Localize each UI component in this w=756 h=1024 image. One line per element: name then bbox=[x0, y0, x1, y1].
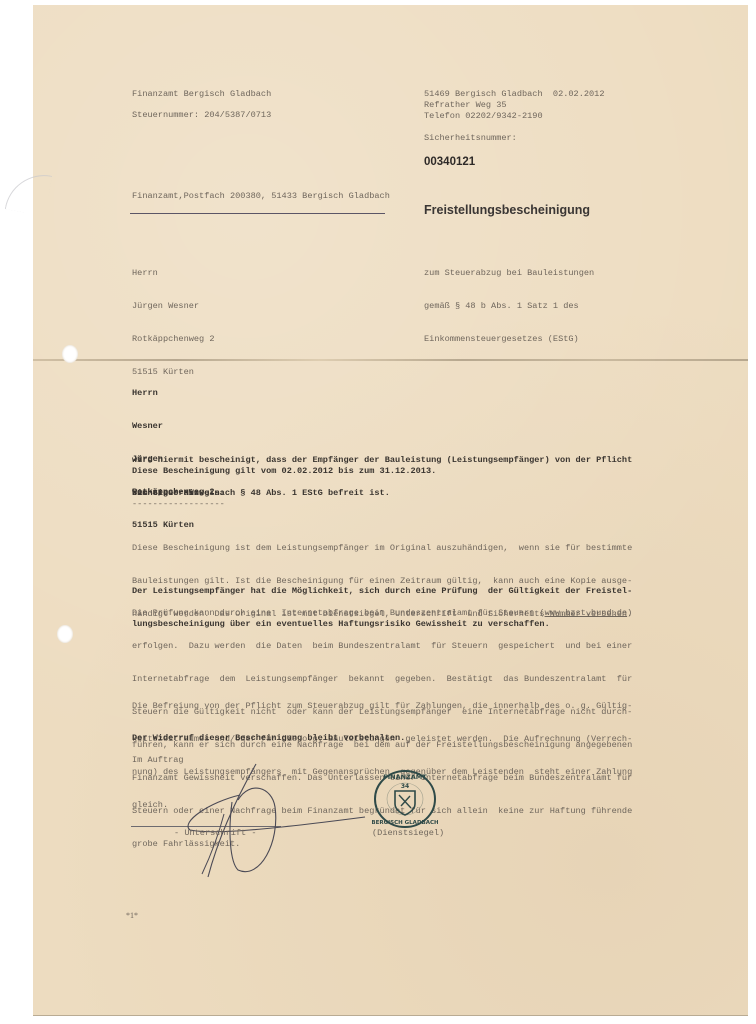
city-date: 51469 Bergisch Gladbach 02.02.2012 bbox=[424, 89, 605, 100]
handwritten-signature bbox=[180, 762, 380, 882]
validity-period: Diese Bescheinigung gilt vom 02.02.2012 … bbox=[132, 466, 702, 477]
subtitle-line: gemäß § 48 b Abs. 1 Satz 1 des bbox=[424, 301, 594, 312]
beneficiary-line: Wesner bbox=[132, 421, 215, 432]
security-number: 00340121 bbox=[424, 156, 475, 168]
return-address: Finanzamt,Postfach 200380, 51433 Bergisc… bbox=[132, 191, 390, 202]
tax-number: Steuernummer: 204/5387/0713 bbox=[132, 110, 271, 121]
text-fragment: ) bbox=[627, 608, 632, 618]
text-line: Die Prüfung kann durch eine Internetabfr… bbox=[132, 608, 702, 619]
bzst-link[interactable]: www.bzst.bund.de bbox=[545, 608, 628, 618]
official-seal: 34 FINANZAMT BERGISCH GLADBACH bbox=[372, 768, 438, 830]
address-line: Jürgen Wesner bbox=[132, 301, 215, 312]
text-line: Diese Bescheinigung ist dem Leistungsemp… bbox=[132, 543, 702, 554]
notice-heading: Wichtiger Hinweis: bbox=[132, 488, 702, 499]
document-subtitle: zum Steuerabzug bei Bauleistungen gemäß … bbox=[424, 246, 594, 356]
office-street: Refrather Weg 35 bbox=[424, 100, 507, 111]
scan-artifact bbox=[5, 169, 52, 216]
address-line: Rotkäppchenweg 2 bbox=[132, 334, 215, 345]
punch-hole-top bbox=[62, 345, 78, 363]
text-line: Die Befreiung von der Pflicht zum Steuer… bbox=[132, 701, 702, 712]
seal-number: 34 bbox=[401, 783, 409, 790]
text-line: wird hiermit bescheinigt, dass der Empfä… bbox=[132, 455, 702, 466]
revocation-notice: Der Widerruf dieser Bescheinigung bleibt… bbox=[132, 733, 702, 744]
text-fragment: Die Prüfung kann durch eine Internetabfr… bbox=[132, 608, 545, 618]
document-title: Freistellungsbescheinigung bbox=[424, 203, 590, 217]
subtitle-line: Einkommensteuergesetzes (EStG) bbox=[424, 334, 594, 345]
office-phone: Telefon 02202/9342-2190 bbox=[424, 111, 543, 122]
seal-text-bottom: BERGISCH GLADBACH bbox=[372, 820, 438, 826]
seal-text-top: FINANZAMT bbox=[383, 773, 427, 781]
text-line: erfolgen. Dazu werden die Daten beim Bun… bbox=[132, 641, 702, 652]
signature-label: - Unterschrift - bbox=[174, 828, 257, 839]
subtitle-line: zum Steuerabzug bei Bauleistungen bbox=[424, 268, 594, 279]
page-marker: *1* bbox=[126, 910, 138, 921]
seal-label: (Dienstsiegel) bbox=[372, 828, 444, 839]
address-rule bbox=[130, 213, 385, 214]
security-number-label: Sicherheitsnummer: bbox=[424, 133, 517, 144]
punch-hole-bottom bbox=[57, 625, 73, 643]
beneficiary-line: Herrn bbox=[132, 388, 215, 399]
sender-office: Finanzamt Bergisch Gladbach bbox=[132, 89, 271, 100]
address-line: Herrn bbox=[132, 268, 215, 279]
notice-underline: ------------------ bbox=[132, 499, 702, 510]
